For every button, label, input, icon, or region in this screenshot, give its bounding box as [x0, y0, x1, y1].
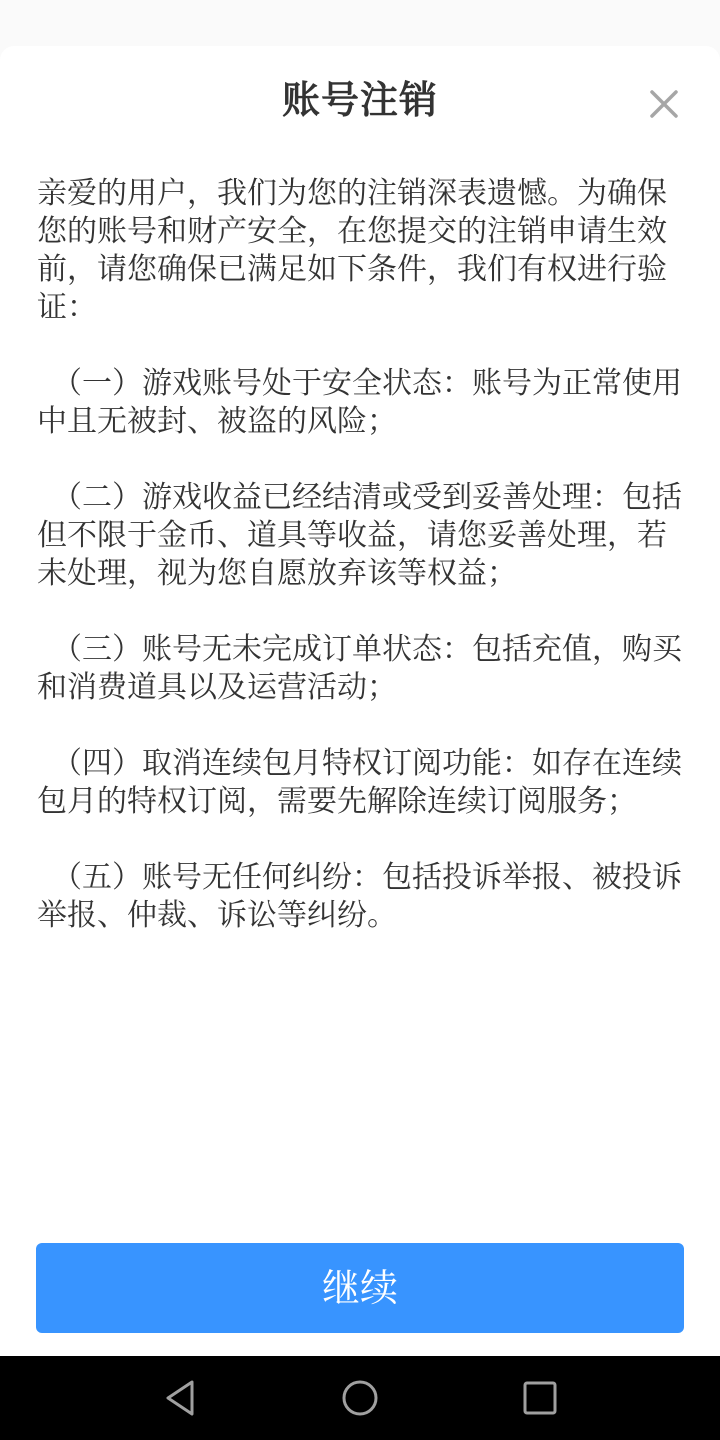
back-triangle-icon [158, 1376, 202, 1420]
home-button[interactable] [338, 1376, 382, 1420]
close-button[interactable] [646, 86, 682, 122]
recents-square-icon [518, 1376, 562, 1420]
back-button[interactable] [158, 1376, 202, 1420]
recents-button[interactable] [518, 1376, 562, 1420]
condition-4: （四）取消连续包月特权订阅功能：如存在连续包月的特权订阅，需要先解除连续订阅服务… [37, 745, 687, 821]
home-circle-icon [338, 1376, 382, 1420]
continue-button[interactable]: 继续 [36, 1243, 684, 1333]
deletion-terms: 亲爱的用户，我们为您的注销深表遗憾。为确保您的账号和财产安全，在您提交的注销申请… [37, 175, 687, 973]
close-icon [646, 86, 682, 122]
condition-5: （五）账号无任何纠纷：包括投诉举报、被投诉举报、仲裁、诉讼等纠纷。 [37, 859, 687, 935]
condition-1: （一）游戏账号处于安全状态：账号为正常使用中且无被封、被盗的风险； [37, 365, 687, 441]
intro-text: 亲爱的用户，我们为您的注销深表遗憾。为确保您的账号和财产安全，在您提交的注销申请… [37, 175, 687, 327]
condition-2: （二）游戏收益已经结清或受到妥善处理：包括但不限于金币、道具等收益，请您妥善处理… [37, 479, 687, 593]
system-nav-bar [0, 1356, 720, 1440]
dialog-title: 账号注销 [0, 74, 720, 126]
condition-3: （三）账号无未完成订单状态：包括充值，购买和消费道具以及运营活动； [37, 631, 687, 707]
